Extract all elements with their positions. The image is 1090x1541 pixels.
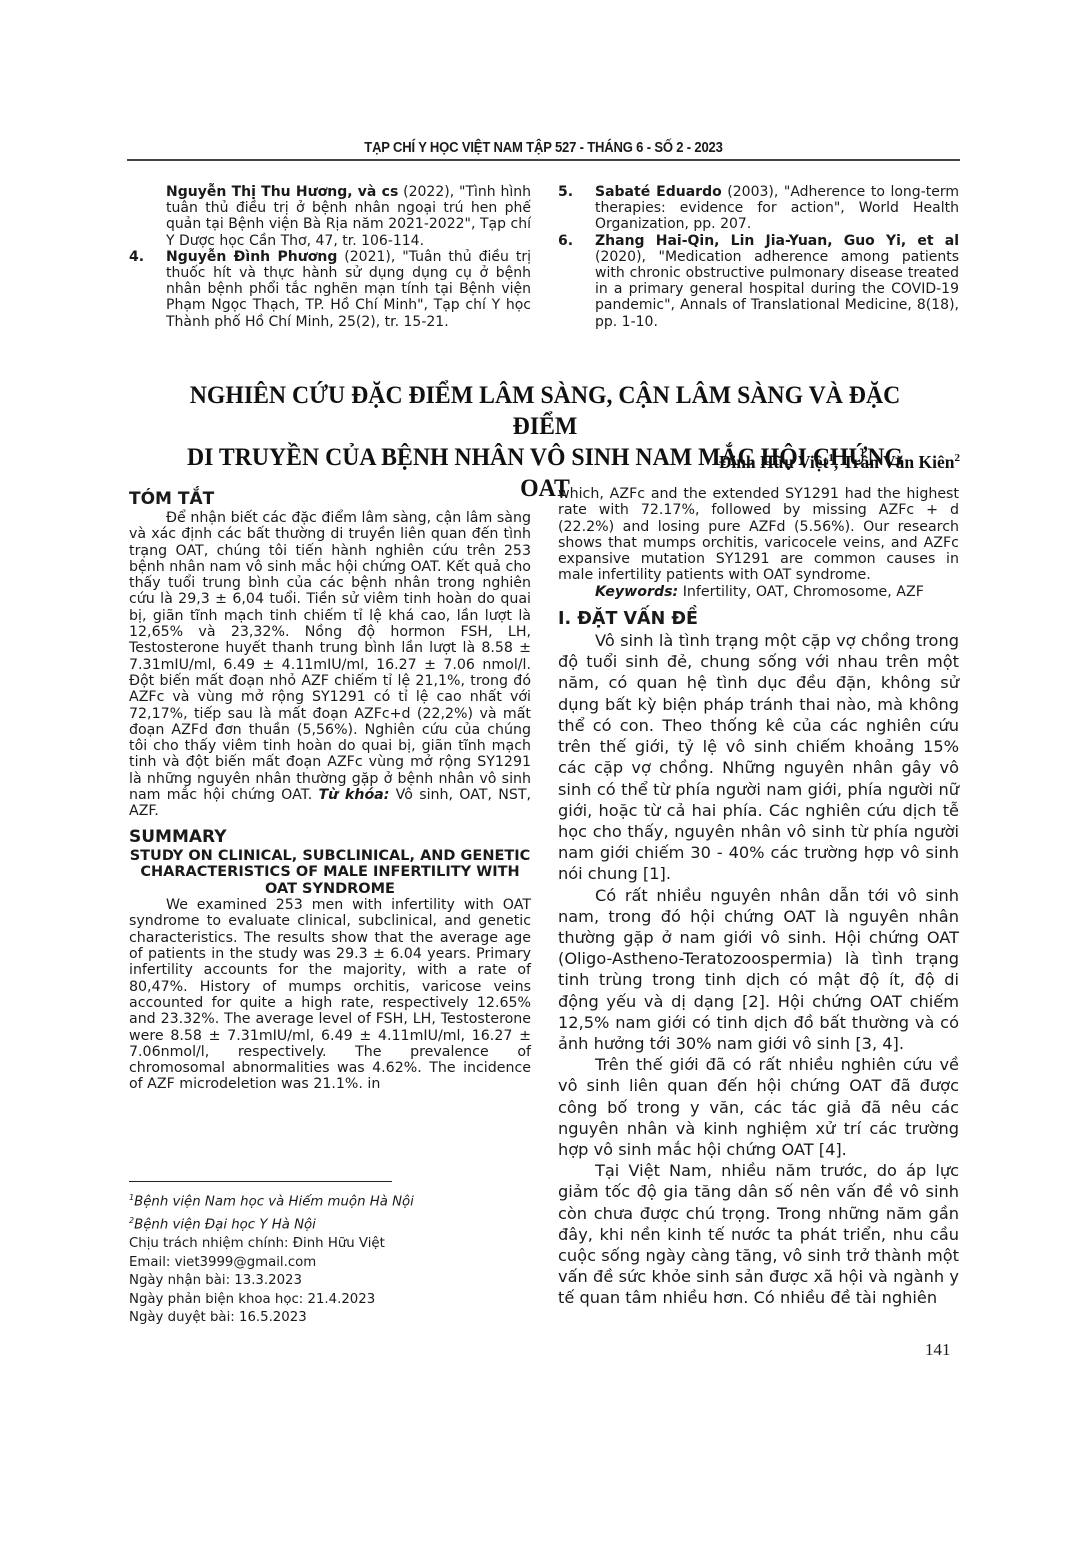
references-left: Nguyễn Thị Thu Hương, và cs (2022), "Tìn…	[129, 184, 531, 330]
reference-item: 5. Sabaté Eduardo (2003), "Adherence to …	[558, 184, 959, 233]
reference-authors: Zhang Hai-Qin, Lin Jia-Yuan, Guo Yi, et …	[595, 233, 959, 249]
author-name: Trần Văn Kiên	[842, 452, 954, 472]
section-heading: I. ĐẶT VẤN ĐỀ	[558, 608, 959, 630]
references-right: 5. Sabaté Eduardo (2003), "Adherence to …	[558, 184, 959, 330]
page-number: 141	[925, 1340, 951, 1360]
abstract-vi-text: Để nhận biết các đặc điểm lâm sàng, cận …	[129, 510, 531, 820]
reference-authors: Nguyễn Đình Phương	[166, 249, 337, 265]
contact-email: Email: viet3999@gmail.com	[129, 1254, 414, 1273]
reference-item: 6. Zhang Hai-Qin, Lin Jia-Yuan, Guo Yi, …	[558, 233, 959, 330]
corresponding-author: Chịu trách nhiệm chính: Đinh Hữu Việt	[129, 1235, 414, 1254]
date-reviewed: Ngày phản biện khoa học: 21.4.2023	[129, 1291, 414, 1310]
affiliation-text: Bệnh viện Đại học Y Hà Nội	[134, 1217, 316, 1232]
affiliation-1: 1Bệnh viện Nam học và Hiếm muộn Hà Nội	[129, 1189, 414, 1212]
paragraph: Có rất nhiều nguyên nhân dẫn tới vô sinh…	[558, 885, 959, 1055]
abstract-en-heading: SUMMARY	[129, 826, 531, 848]
reference-details: (2020), "Medication adherence among pati…	[595, 249, 959, 330]
affiliation-text: Bệnh viện Nam học và Hiếm muộn Hà Nội	[134, 1194, 414, 1209]
date-received: Ngày nhận bài: 13.3.2023	[129, 1272, 414, 1291]
affiliation-2: 2Bệnh viện Đại học Y Hà Nội	[129, 1212, 414, 1235]
abstract-vi-heading: TÓM TẮT	[129, 488, 531, 510]
header-rule	[127, 159, 960, 161]
abstract-column: TÓM TẮT Để nhận biết các đặc điểm lâm sà…	[129, 488, 531, 1093]
reference-item: 4. Nguyễn Đình Phương (2021), "Tuân thủ …	[129, 249, 531, 330]
abstract-en-text: We examined 253 men with infertility wit…	[129, 897, 531, 1093]
abstract-en-title: STUDY ON CLINICAL, SUBCLINICAL, AND GENE…	[129, 848, 531, 898]
paragraph: Tại Việt Nam, nhiều năm trước, do áp lực…	[558, 1160, 959, 1308]
abstract-vi-body: Để nhận biết các đặc điểm lâm sàng, cận …	[129, 510, 531, 803]
article-authors: Đinh Hữu Việt1, Trần Văn Kiên2	[719, 452, 960, 473]
abstract-en-text-continued: which, AZFc and the extended SY1291 had …	[558, 486, 959, 584]
section-body: Vô sinh là tình trạng một cặp vợ chồng t…	[558, 630, 959, 1309]
reference-authors: Sabaté Eduardo	[595, 184, 722, 200]
journal-page: TẠP CHÍ Y HỌC VIỆT NAM TẬP 527 - THÁNG 6…	[0, 0, 1090, 1541]
abstract-en-keywords: Keywords: Infertility, OAT, Chromosome, …	[558, 584, 959, 600]
reference-item: Nguyễn Thị Thu Hương, và cs (2022), "Tìn…	[129, 184, 531, 249]
keywords-label: Keywords:	[595, 584, 678, 600]
keywords-label: Từ khóa:	[318, 787, 389, 803]
date-accepted: Ngày duyệt bài: 16.5.2023	[129, 1309, 414, 1328]
article-title-line: NGHIÊN CỨU ĐẶC ĐIỂM LÂM SÀNG, CẬN LÂM SÀ…	[170, 380, 921, 442]
right-column: which, AZFc and the extended SY1291 had …	[558, 486, 959, 1309]
reference-number: 6.	[558, 233, 573, 249]
footnote-rule	[129, 1181, 392, 1182]
affiliation-marker: 2	[955, 452, 961, 464]
reference-number: 4.	[129, 249, 144, 265]
paragraph: Trên thế giới đã có rất nhiều nghiên cứu…	[558, 1054, 959, 1160]
footnotes: 1Bệnh viện Nam học và Hiếm muộn Hà Nội 2…	[129, 1189, 414, 1328]
paragraph: Vô sinh là tình trạng một cặp vợ chồng t…	[558, 630, 959, 884]
reference-authors: Nguyễn Thị Thu Hương, và cs	[166, 184, 398, 200]
reference-number: 5.	[558, 184, 573, 200]
keywords-list: Infertility, OAT, Chromosome, AZF	[678, 584, 924, 600]
running-head: TẠP CHÍ Y HỌC VIỆT NAM TẬP 527 - THÁNG 6…	[169, 140, 919, 156]
author-name: Đinh Hữu Việt	[719, 452, 829, 472]
